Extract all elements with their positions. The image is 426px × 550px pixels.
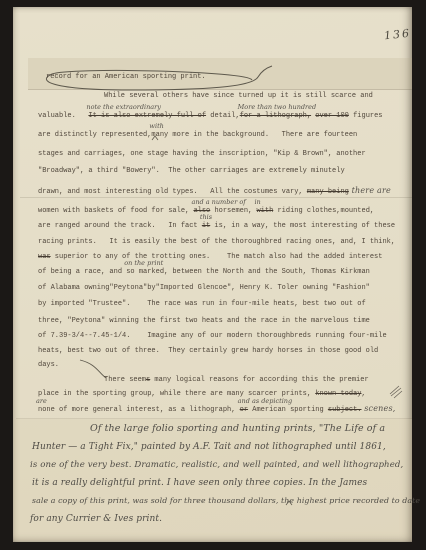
handwritten-line: is one of the very best. Dramatic, reali… xyxy=(30,460,403,470)
handwritten-line: sale a copy of this print, was sold for … xyxy=(32,496,420,505)
handwritten-line: for any Currier & Ives print. xyxy=(30,514,162,524)
handwritten-line: Of the large folio sporting and hunting … xyxy=(90,423,385,434)
handwritten-line: it is a really delightful print. I have … xyxy=(32,478,367,488)
handwritten-line: Hunter — a Tight Fix," painted by A.F. T… xyxy=(32,442,386,452)
manuscript-page: record for an American sporting print.Wh… xyxy=(0,0,426,550)
handwritten-text-layer: Of the large folio sporting and hunting … xyxy=(0,0,426,550)
